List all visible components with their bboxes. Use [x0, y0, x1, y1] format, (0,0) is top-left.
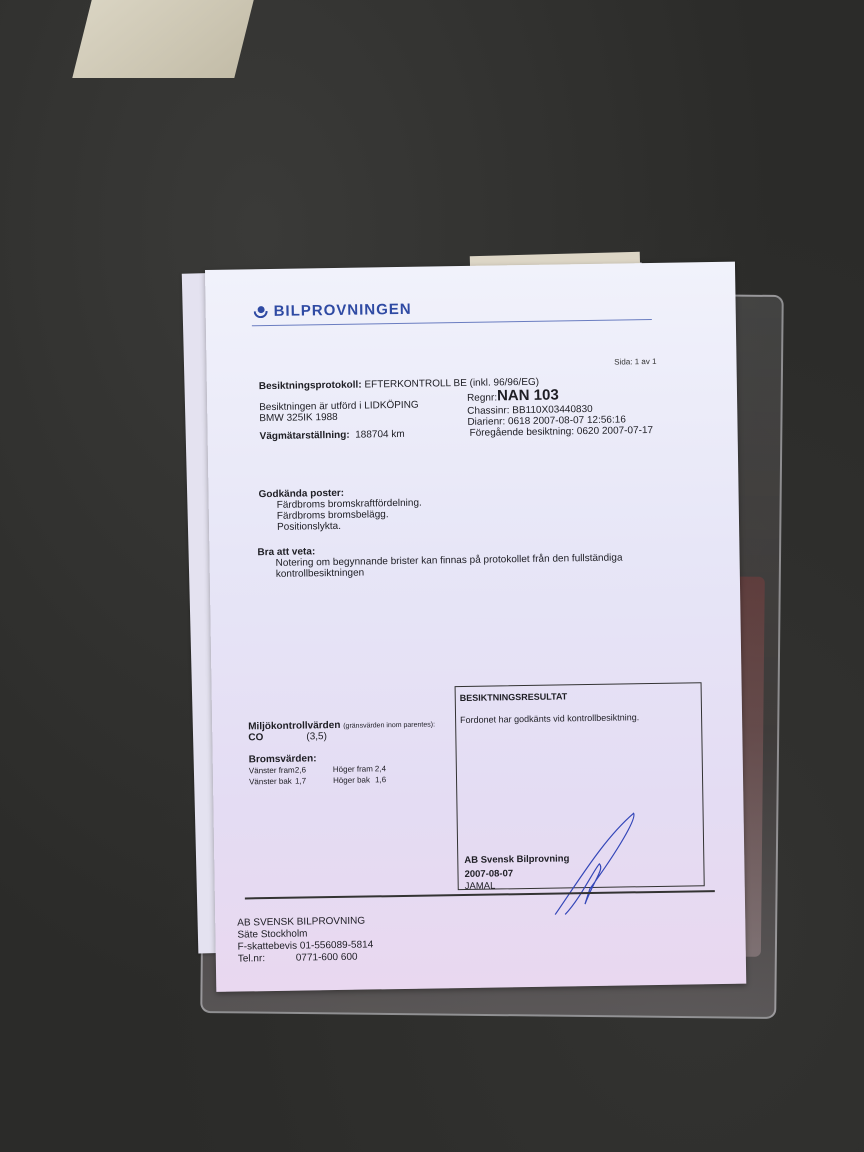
good-to-know-heading: Bra att veta: — [257, 546, 315, 558]
brake-right-rear-value: 1,6 — [375, 775, 386, 784]
env-values-heading-line: Miljökontrollvärden (gränsvärden inom pa… — [248, 718, 435, 732]
footer-tax: F-skattebevis 01-556089-5814 — [238, 939, 374, 952]
result-text: Fordonet har godkänts vid kontrollbesikt… — [460, 712, 639, 725]
env-note: (gränsvärden inom parentes): — [343, 721, 435, 729]
vehicle-line: BMW 325IK 1988 — [259, 412, 338, 424]
footer-phone-label: Tel.nr: — [238, 953, 265, 964]
page-indicator: Sida: 1 av 1 — [614, 357, 656, 367]
odometer-label: Vägmätarställning: — [260, 430, 350, 442]
regnr-value: NAN 103 — [497, 386, 559, 404]
approved-item: Färdbroms bromsbelägg. — [277, 509, 389, 522]
co-value: (3,5) — [306, 731, 327, 742]
brake-right-front-label: Höger fram — [333, 764, 373, 774]
good-to-know-line: Notering om begynnande brister kan finna… — [276, 552, 623, 568]
footer-company: AB SVENSK BILPROVNING — [237, 916, 365, 929]
brand-logo: BILPROVNINGEN — [254, 301, 412, 320]
brake-left-rear-value: 1,7 — [295, 776, 306, 785]
inspection-protocol-page: BILPROVNINGEN Sida: 1 av 1 Besiktningspr… — [205, 262, 746, 992]
result-heading: BESIKTNINGSRESULTAT — [460, 691, 568, 703]
header-rule — [252, 319, 652, 326]
brake-right-front-value: 2,4 — [375, 764, 386, 773]
sunlight-patch — [72, 0, 253, 78]
brake-left-front-value: 2,6 — [295, 765, 306, 774]
good-to-know-line: kontrollbesiktningen — [276, 568, 365, 580]
protocol-label: Besiktningsprotokoll: — [259, 380, 362, 393]
footer-phone-value: 0771-600 600 — [296, 952, 358, 964]
previous-inspection-line: Föregående besiktning: 0620 2007-07-17 — [470, 425, 654, 439]
bilprovningen-logo-icon — [254, 306, 268, 318]
signature-icon — [549, 808, 641, 919]
brake-left-front-label: Vänster fram — [249, 766, 295, 776]
footer-seat: Säte Stockholm — [237, 928, 307, 940]
result-inspector: JAMAL — [465, 881, 496, 892]
odometer-line: Vägmätarställning: 188704 km — [260, 429, 405, 442]
brand-name: BILPROVNINGEN — [274, 301, 412, 320]
odometer-value: 188704 km — [355, 429, 405, 441]
approved-item: Positionslykta. — [277, 521, 341, 533]
regnr-label: Regnr: — [467, 392, 497, 403]
brake-left-rear-label: Vänster bak — [249, 777, 292, 787]
result-date: 2007-08-07 — [464, 868, 513, 880]
brake-heading: Bromsvärden: — [249, 753, 317, 765]
brake-right-rear-label: Höger bak — [333, 775, 370, 785]
regnr-line: Regnr:NAN 103 — [467, 386, 559, 404]
co-label: CO — [248, 732, 263, 743]
location-line: Besiktningen är utförd i LIDKÖPING — [259, 400, 419, 414]
